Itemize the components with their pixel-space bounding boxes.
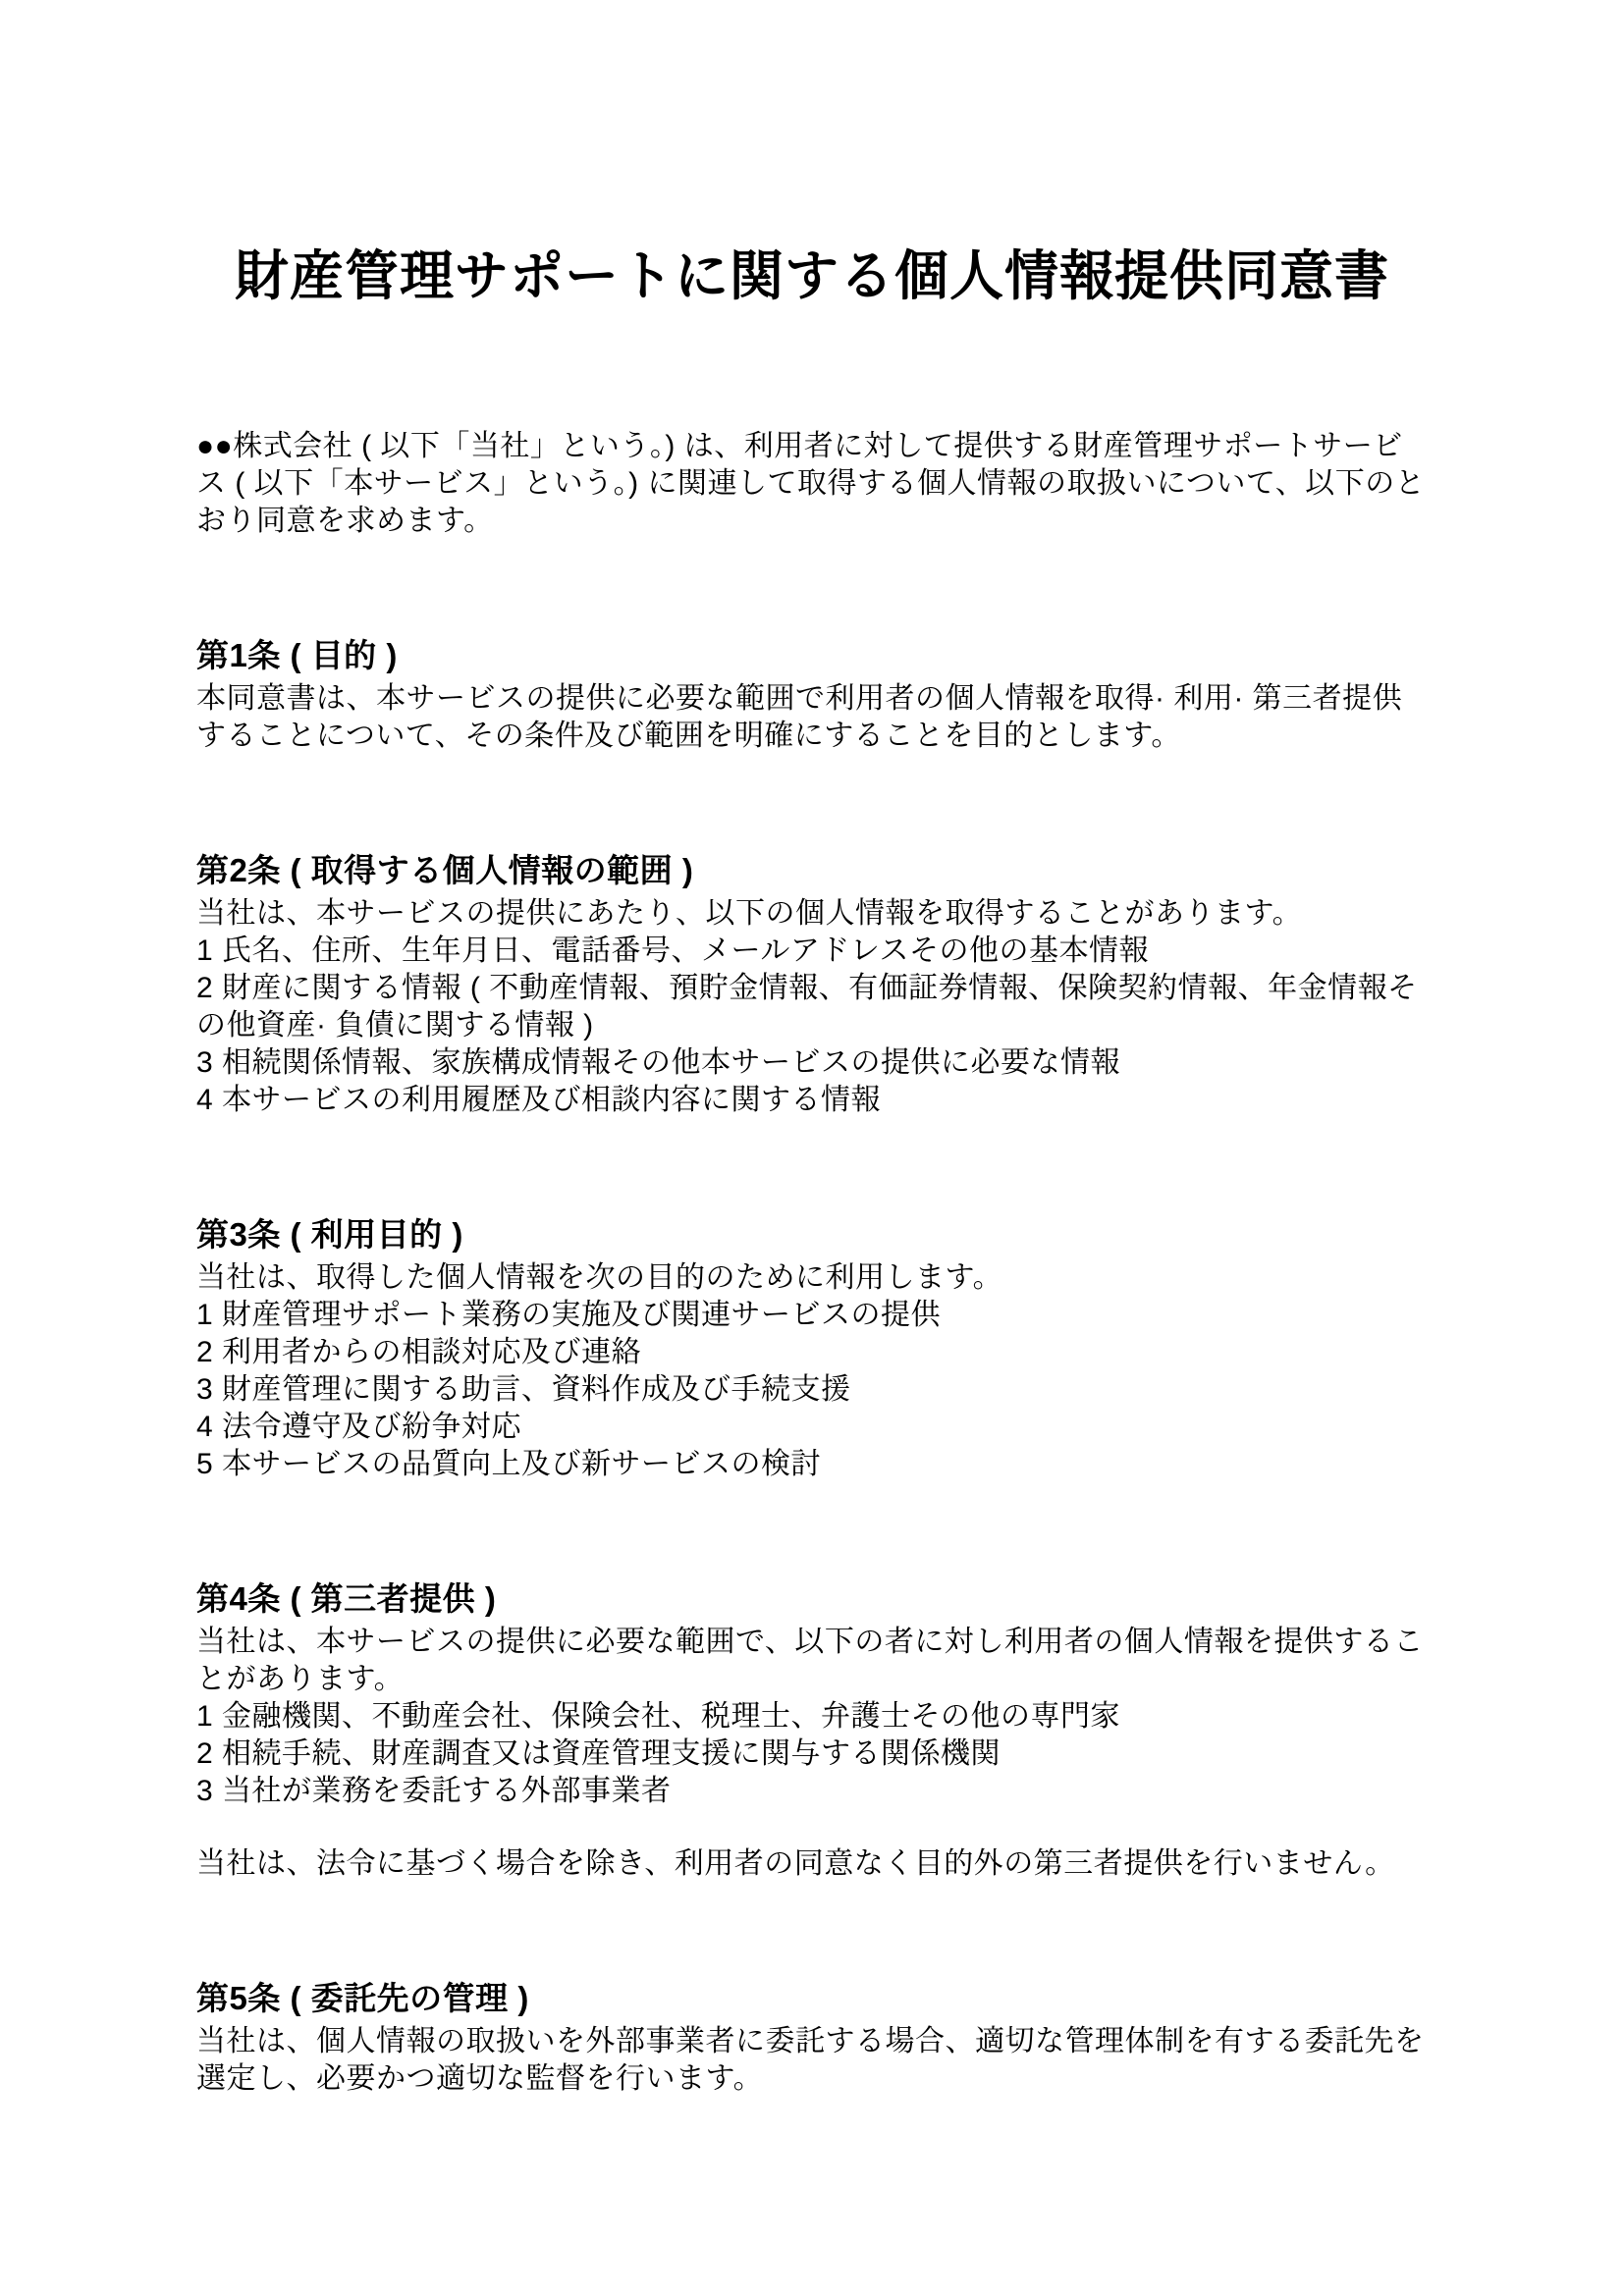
section-4-closing-paragraph: 当社は、法令に基づく場合を除き、利用者の同意なく目的外の第三者提供を行いません。 bbox=[196, 1845, 1428, 1883]
list-item: 4 法令遵守及び紛争対応 bbox=[196, 1409, 1428, 1446]
list-item: 2 利用者からの相談対応及び連絡 bbox=[196, 1334, 1428, 1371]
list-item: 3 当社が業務を委託する外部事業者 bbox=[196, 1773, 1428, 1810]
list-item: 3 財産管理に関する助言、資料作成及び手続支援 bbox=[196, 1371, 1428, 1409]
section-3-heading: 第3条 ( 利用目的 ) bbox=[196, 1215, 1428, 1255]
list-item: 1 金融機関、不動産会社、保険会社、税理士、弁護士その他の専門家 bbox=[196, 1698, 1428, 1735]
intro-paragraph: ●●株式会社 ( 以下「当社」という。) は、利用者に対して提供する財産管理サポ… bbox=[196, 428, 1428, 540]
list-item: 2 相続手続、財産調査又は資産管理支援に関与する関係機関 bbox=[196, 1735, 1428, 1773]
section-article-1: 第1条 ( 目的 ) 本同意書は、本サービスの提供に必要な範囲で利用者の個人情報… bbox=[196, 636, 1428, 755]
section-article-3: 第3条 ( 利用目的 ) 当社は、取得した個人情報を次の目的のために利用します。… bbox=[196, 1215, 1428, 1483]
document-page: 財産管理サポートに関する個人情報提供同意書 ●●株式会社 ( 以下「当社」という… bbox=[0, 0, 1624, 2296]
section-article-4: 第4条 ( 第三者提供 ) 当社は、本サービスの提供に必要な範囲で、以下の者に対… bbox=[196, 1579, 1428, 1883]
section-article-2: 第2条 ( 取得する個人情報の範囲 ) 当社は、本サービスの提供にあたり、以下の… bbox=[196, 851, 1428, 1119]
section-5-paragraph: 当社は、個人情報の取扱いを外部事業者に委託する場合、適切な管理体制を有する委託先… bbox=[196, 2023, 1428, 2098]
section-1-heading: 第1条 ( 目的 ) bbox=[196, 636, 1428, 675]
section-4-paragraph: 当社は、本サービスの提供に必要な範囲で、以下の者に対し利用者の個人情報を提供する… bbox=[196, 1624, 1428, 1698]
list-item: 4 本サービスの利用履歴及び相談内容に関する情報 bbox=[196, 1082, 1428, 1119]
list-item: 1 氏名、住所、生年月日、電話番号、メールアドレスその他の基本情報 bbox=[196, 933, 1428, 970]
document-title: 財産管理サポートに関する個人情報提供同意書 bbox=[196, 0, 1428, 308]
section-2-paragraph: 当社は、本サービスの提供にあたり、以下の個人情報を取得することがあります。 bbox=[196, 895, 1428, 933]
section-5-heading: 第5条 ( 委託先の管理 ) bbox=[196, 1979, 1428, 2018]
section-4-heading: 第4条 ( 第三者提供 ) bbox=[196, 1579, 1428, 1619]
list-item: 2 財産に関する情報 ( 不動産情報、預貯金情報、有価証券情報、保険契約情報、年… bbox=[196, 970, 1428, 1044]
list-item: 5 本サービスの品質向上及び新サービスの検討 bbox=[196, 1446, 1428, 1483]
list-item: 3 相続関係情報、家族構成情報その他本サービスの提供に必要な情報 bbox=[196, 1044, 1428, 1082]
section-2-heading: 第2条 ( 取得する個人情報の範囲 ) bbox=[196, 851, 1428, 890]
section-1-paragraph: 本同意書は、本サービスの提供に必要な範囲で利用者の個人情報を取得· 利用· 第三… bbox=[196, 680, 1428, 755]
section-3-paragraph: 当社は、取得した個人情報を次の目的のために利用します。 bbox=[196, 1259, 1428, 1297]
section-article-5: 第5条 ( 委託先の管理 ) 当社は、個人情報の取扱いを外部事業者に委託する場合… bbox=[196, 1979, 1428, 2098]
list-item: 1 財産管理サポート業務の実施及び関連サービスの提供 bbox=[196, 1297, 1428, 1334]
